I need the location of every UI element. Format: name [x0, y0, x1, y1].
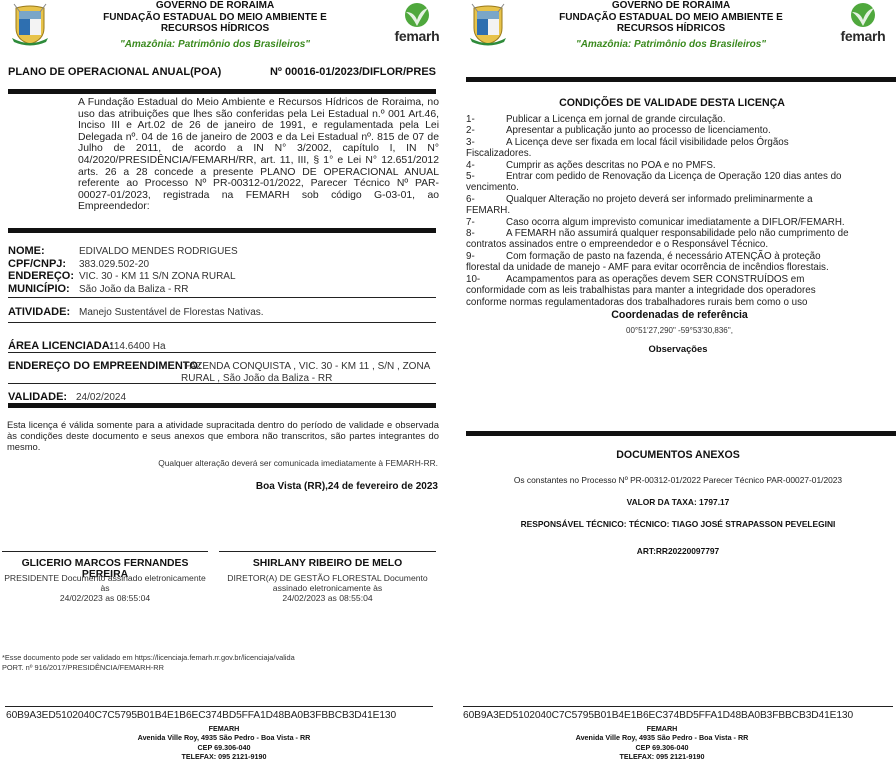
condition-text: Publicar a Licença em jornal de grande c…	[506, 114, 725, 125]
divider	[8, 322, 436, 323]
condition-number: 4-	[466, 160, 506, 171]
field-label: MUNICÍPIO:	[8, 283, 79, 295]
field-value: 114.6400 Ha	[109, 341, 166, 352]
field-municipio: MUNICÍPIO:São João da Baliza - RR	[8, 279, 189, 297]
field-value: 24/02/2024	[76, 392, 126, 403]
annex-text: Os constantes no Processo Nº PR-00312-01…	[448, 475, 896, 485]
divider	[8, 228, 436, 233]
divider	[466, 431, 896, 436]
condition-number: 1-	[466, 114, 506, 125]
condition-item: 7-Caso ocorra algum imprevisto comunicar…	[466, 217, 866, 228]
condition-number: 9-	[466, 251, 506, 262]
field-label: ATIVIDADE:	[8, 306, 79, 318]
intro-paragraph: A Fundação Estadual do Meio Ambiente e R…	[78, 97, 439, 213]
condition-text-continued: vencimento.	[466, 182, 866, 193]
condition-item: 3-A Licença deve ser fixada em local fác…	[466, 137, 866, 160]
signer-role: PRESIDENTE Documento assinado eletronica…	[2, 574, 208, 603]
condition-text: Entrar com pedido de Renovação da Licenç…	[506, 171, 842, 182]
field-label: VALIDADE:	[8, 391, 76, 403]
divider	[8, 352, 436, 353]
field-value: Manejo Sustentável de Florestas Nativas.	[79, 307, 264, 318]
condition-text-continued: conformidade com as leis trabalhistas pa…	[466, 285, 866, 296]
coordinates-title: Coordenadas de referência	[448, 309, 896, 321]
roraima-coat-of-arms-icon	[6, 2, 54, 48]
condition-text-continued: contratos assinados entre o empreendedor…	[466, 239, 866, 250]
condition-item: 9-Com formação de pasto na fazenda, é ne…	[466, 251, 866, 274]
signature-line	[219, 551, 436, 552]
condition-number: 2-	[466, 125, 506, 136]
condition-number: 7-	[466, 217, 506, 228]
condition-number: 5-	[466, 171, 506, 182]
condition-text: A FEMARH não assumirá qualquer responsab…	[506, 228, 849, 239]
roraima-coat-of-arms-icon	[464, 2, 512, 48]
document-title: PLANO DE OPERACIONAL ANUAL(POA)	[8, 66, 221, 78]
signer-role: DIRETOR(A) DE GESTÃO FLORESTAL Documento…	[219, 574, 436, 603]
condition-number: 6-	[466, 194, 506, 205]
conditions-list: 1-Publicar a Licença em jornal de grande…	[466, 114, 866, 308]
condition-text-continued: conforme normas regulamentadoras dos tra…	[466, 297, 866, 308]
divider	[466, 77, 896, 82]
footer-address: FEMARH Avenida Ville Roy, 4935 São Pedro…	[0, 724, 448, 760]
condition-item: 5-Entrar com pedido de Renovação da Lice…	[466, 171, 866, 194]
portaria-reference: PORT. nº 916/2017/PRESIDÊNCIA/FEMARH-RR	[2, 663, 295, 673]
signer-name: SHIRLANY RIBEIRO DE MELO	[219, 558, 436, 569]
license-page-right: GOVERNO DE RORAIMA FUNDAÇÃO ESTADUAL DO …	[448, 0, 896, 760]
femarh-logo: femarh	[392, 2, 442, 46]
condition-text-continued: Fiscalizadores.	[466, 148, 866, 159]
femarh-logo: femarh	[838, 2, 888, 46]
footer-address: FEMARH Avenida Ville Roy, 4935 São Pedro…	[438, 724, 886, 760]
field-value: São João da Baliza - RR	[79, 284, 189, 295]
header-motto: "Amazônia: Patrimônio dos Brasileiros"	[541, 39, 801, 50]
condition-text: Acampamentos para as operações devem SER…	[506, 274, 804, 285]
technician: RESPONSÁVEL TÉCNICO: TÉCNICO: TIAGO JOSÉ…	[448, 519, 896, 529]
condition-item: 2-Apresentar a publicação junto ao proce…	[466, 125, 866, 136]
condition-text-continued: FEMARH.	[466, 205, 866, 216]
signature-line	[2, 551, 208, 552]
condition-text: Com formação de pasto na fazenda, é nece…	[506, 251, 821, 262]
condition-text-continued: florestal da unidade de manejo - AMF par…	[466, 262, 866, 273]
condition-text: A Licença deve ser fixada em local fácil…	[506, 137, 789, 148]
header-motto: "Amazônia: Patrimônio dos Brasileiros"	[85, 39, 345, 50]
document-hash: 60B9A3ED5102040C7C5795B01B4E1B6EC374BD5F…	[6, 710, 396, 721]
condition-item: 4-Cumprir as ações descritas no POA e no…	[466, 160, 866, 171]
conditions-title: CONDIÇÕES DE VALIDADE DESTA LICENÇA	[448, 97, 896, 109]
femarh-leaf-logo-icon	[392, 2, 442, 30]
divider	[8, 383, 436, 384]
annex-title: DOCUMENTOS ANEXOS	[448, 449, 896, 461]
divider	[8, 297, 436, 298]
art-number: ART:RR20220097797	[448, 546, 896, 556]
condition-text: Apresentar a publicação junto ao process…	[506, 125, 771, 136]
observations-title: Observações	[448, 343, 896, 354]
coordinates-value: 00°51'27,290" -59°53'30,836'',	[448, 326, 896, 335]
place-and-date: Boa Vista (RR),24 de fevereiro de 2023	[256, 481, 438, 492]
femarh-logo-text: femarh	[392, 28, 442, 44]
condition-item: 8-A FEMARH não assumirá qualquer respons…	[466, 228, 866, 251]
document-hash: 60B9A3ED5102040C7C5795B01B4E1B6EC374BD5F…	[463, 710, 853, 721]
condition-item: 10-Acampamentos para as operações devem …	[466, 274, 866, 308]
condition-number: 3-	[466, 137, 506, 148]
divider	[5, 706, 433, 707]
femarh-leaf-logo-icon	[838, 2, 888, 30]
condition-number: 8-	[466, 228, 506, 239]
change-notice: Qualquer alteração deverá ser comunicada…	[158, 458, 438, 468]
header-title: GOVERNO DE RORAIMA FUNDAÇÃO ESTADUAL DO …	[85, 0, 345, 35]
divider	[8, 403, 436, 408]
license-page-left: GOVERNO DE RORAIMA FUNDAÇÃO ESTADUAL DO …	[0, 0, 448, 760]
document-number: Nº 00016-01/2023/DIFLOR/PRES	[270, 66, 436, 78]
field-label: ENDEREÇO DO EMPREENDIMENTO:	[8, 360, 184, 372]
header-title: GOVERNO DE RORAIMA FUNDAÇÃO ESTADUAL DO …	[541, 0, 801, 35]
validation-note: *Esse documento pode ser validado em htt…	[2, 653, 295, 672]
field-atividade: ATIVIDADE:Manejo Sustentável de Floresta…	[8, 302, 264, 320]
field-label: ÁREA LICENCIADA:	[8, 340, 109, 352]
condition-text: Caso ocorra algum imprevisto comunicar i…	[506, 217, 845, 228]
validation-url[interactable]: *Esse documento pode ser validado em htt…	[2, 653, 295, 663]
condition-item: 6-Qualquer Alteração no projeto deverá s…	[466, 194, 866, 217]
condition-item: 1-Publicar a Licença em jornal de grande…	[466, 114, 866, 125]
divider	[8, 89, 436, 94]
divider	[463, 706, 893, 707]
condition-text: Cumprir as ações descritas no POA e no P…	[506, 160, 716, 171]
fee-value: VALOR DA TAXA: 1797.17	[448, 497, 896, 507]
validity-statement: Esta licença é válida somente para a ati…	[7, 419, 439, 452]
condition-text: Qualquer Alteração no projeto deverá ser…	[506, 194, 813, 205]
femarh-logo-text: femarh	[838, 28, 888, 44]
condition-number: 10-	[466, 274, 506, 285]
